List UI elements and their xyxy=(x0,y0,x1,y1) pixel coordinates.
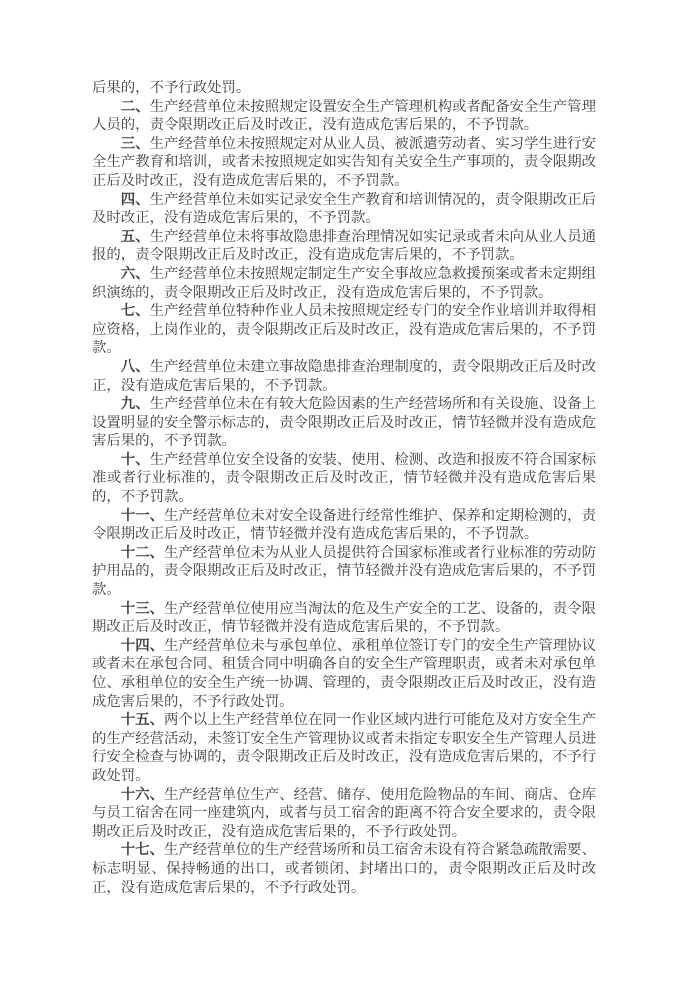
item-number: 十一、 xyxy=(121,508,164,524)
item-text: 生产经营单位未与承包单位、承租单位签订专门的安全生产管理协议或者未在承包合同、租… xyxy=(92,638,596,710)
list-item: 七、生产经营单位特种作业人员未按照规定经专门的安全作业培训并取得相应资格，上岗作… xyxy=(92,302,596,358)
list-item: 四、生产经营单位未如实记录安全生产教育和培训情况的，责令限期改正后及时改正，没有… xyxy=(92,191,596,228)
item-list: 二、生产经营单位未按照规定设置安全生产管理机构或者配备安全生产管理人员的，责令限… xyxy=(92,98,596,898)
item-number: 十六、 xyxy=(121,787,164,803)
item-text: 生产经营单位未建立事故隐患排查治理制度的，责令限期改正后及时改正，没有造成危害后… xyxy=(92,359,596,394)
item-number: 十、 xyxy=(121,452,150,468)
list-item: 十四、生产经营单位未与承包单位、承租单位签订专门的安全生产管理协议或者未在承包合… xyxy=(92,637,596,711)
list-item: 六、生产经营单位未按照规定制定生产安全事故应急救援预案或者未定期组织演练的，责令… xyxy=(92,265,596,302)
item-text: 生产经营单位未按照规定对从业人员、被派遣劳动者、实习学生进行安全生产教育和培训，… xyxy=(92,136,596,189)
item-text: 生产经营单位未对安全设备进行经常性维护、保养和定期检测的，责令限期改正后及时改正… xyxy=(92,508,596,543)
list-item: 二、生产经营单位未按照规定设置安全生产管理机构或者配备安全生产管理人员的，责令限… xyxy=(92,98,596,135)
item-number: 四、 xyxy=(121,192,150,208)
item-number: 十三、 xyxy=(121,601,164,617)
list-item: 十六、生产经营单位生产、经营、储存、使用危险物品的车间、商店、仓库与员工宿舍在同… xyxy=(92,786,596,842)
item-text: 生产经营单位未将事故隐患排查治理情况如实记录或者未向从业人员通报的，责令限期改正… xyxy=(92,229,596,264)
item-number: 八、 xyxy=(121,359,150,375)
list-item: 九、生产经营单位未在有较大危险因素的生产经营场所和有关设施、设备上设置明显的安全… xyxy=(92,395,596,451)
item-text: 两个以上生产经营单位在同一作业区域内进行可能危及对方安全生产的生产经营活动，未签… xyxy=(92,712,596,784)
item-number: 九、 xyxy=(121,396,150,412)
item-number: 五、 xyxy=(121,229,150,245)
continuation-text: 后果的，不予行政处罚。 xyxy=(92,80,250,96)
list-item: 十一、生产经营单位未对安全设备进行经常性维护、保养和定期检测的，责令限期改正后及… xyxy=(92,507,596,544)
item-text: 生产经营单位使用应当淘汰的危及生产安全的工艺、设备的，责令限期改正后及时改正，情… xyxy=(92,601,596,636)
document-body: 后果的，不予行政处罚。 二、生产经营单位未按照规定设置安全生产管理机构或者配备安… xyxy=(92,79,596,897)
item-text: 生产经营单位未如实记录安全生产教育和培训情况的，责令限期改正后及时改正，没有造成… xyxy=(92,192,596,227)
item-text: 生产经营单位未为从业人员提供符合国家标准或者行业标准的劳动防护用品的，责令限期改… xyxy=(92,545,596,598)
item-text: 生产经营单位安全设备的安装、使用、检测、改造和报废不符合国家标准或者行业标准的，… xyxy=(92,452,596,505)
item-number: 六、 xyxy=(121,266,150,282)
item-number: 十五、 xyxy=(121,712,164,728)
list-item: 十五、两个以上生产经营单位在同一作业区域内进行可能危及对方安全生产的生产经营活动… xyxy=(92,711,596,785)
item-text: 生产经营单位的生产经营场所和员工宿舍未设有符合紧急疏散需要、标志明显、保持畅通的… xyxy=(92,842,596,895)
item-number: 二、 xyxy=(121,99,150,115)
document-page: 后果的，不予行政处罚。 二、生产经营单位未按照规定设置安全生产管理机构或者配备安… xyxy=(0,0,700,990)
continuation-paragraph: 后果的，不予行政处罚。 xyxy=(92,79,596,98)
item-text: 生产经营单位生产、经营、储存、使用危险物品的车间、商店、仓库与员工宿舍在同一座建… xyxy=(92,787,596,840)
list-item: 十三、生产经营单位使用应当淘汰的危及生产安全的工艺、设备的，责令限期改正后及时改… xyxy=(92,600,596,637)
item-number: 十二、 xyxy=(121,545,164,561)
list-item: 五、生产经营单位未将事故隐患排查治理情况如实记录或者未向从业人员通报的，责令限期… xyxy=(92,228,596,265)
item-text: 生产经营单位特种作业人员未按照规定经专门的安全作业培训并取得相应资格，上岗作业的… xyxy=(92,303,596,356)
list-item: 十二、生产经营单位未为从业人员提供符合国家标准或者行业标准的劳动防护用品的，责令… xyxy=(92,544,596,600)
list-item: 十七、生产经营单位的生产经营场所和员工宿舍未设有符合紧急疏散需要、标志明显、保持… xyxy=(92,841,596,897)
item-number: 三、 xyxy=(121,136,150,152)
item-number: 十四、 xyxy=(121,638,164,654)
item-number: 七、 xyxy=(121,303,150,319)
list-item: 八、生产经营单位未建立事故隐患排查治理制度的，责令限期改正后及时改正，没有造成危… xyxy=(92,358,596,395)
item-text: 生产经营单位未在有较大危险因素的生产经营场所和有关设施、设备上设置明显的安全警示… xyxy=(92,396,596,449)
list-item: 三、生产经营单位未按照规定对从业人员、被派遣劳动者、实习学生进行安全生产教育和培… xyxy=(92,135,596,191)
item-number: 十七、 xyxy=(121,842,164,858)
item-text: 生产经营单位未按照规定制定生产安全事故应急救援预案或者未定期组织演练的，责令限期… xyxy=(92,266,596,301)
list-item: 十、生产经营单位安全设备的安装、使用、检测、改造和报废不符合国家标准或者行业标准… xyxy=(92,451,596,507)
item-text: 生产经营单位未按照规定设置安全生产管理机构或者配备安全生产管理人员的，责令限期改… xyxy=(92,99,596,134)
